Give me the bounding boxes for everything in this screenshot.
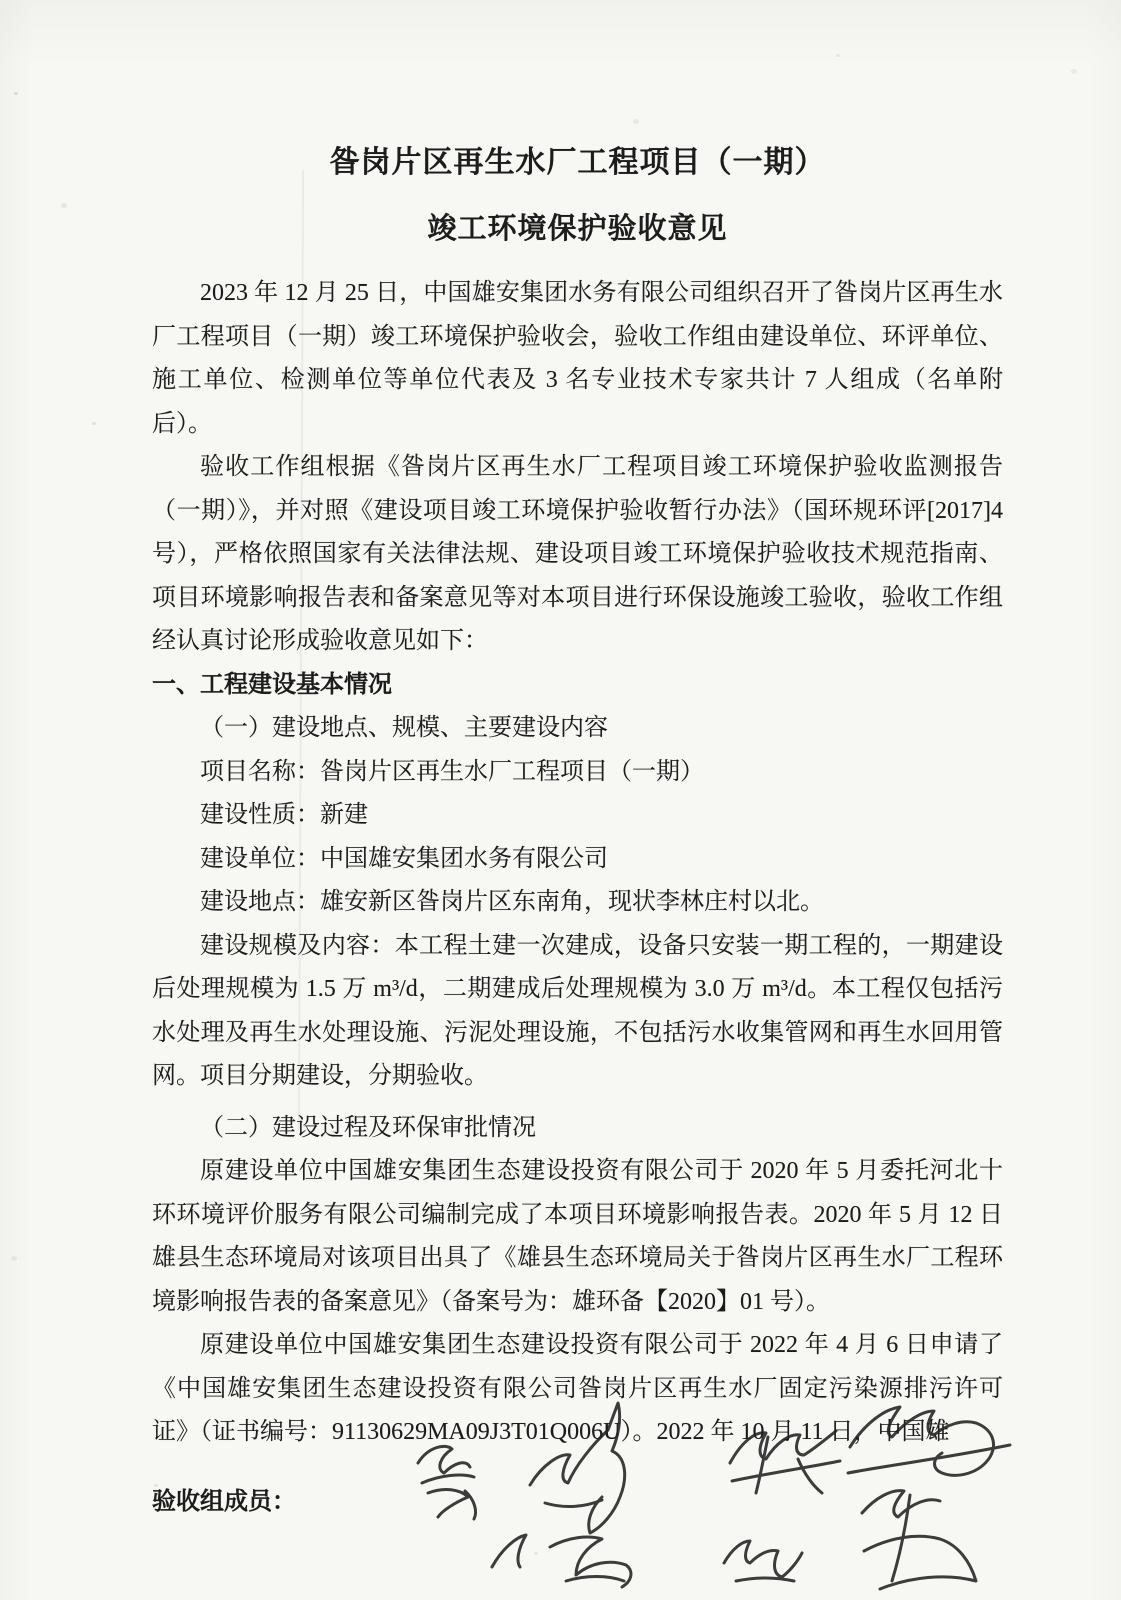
signature-2: [530, 1403, 625, 1533]
field-build-nature: 建设性质：新建: [152, 794, 1003, 838]
subsection-heading-1: （一）建设地点、规模、主要建设内容: [152, 707, 1003, 751]
section-heading-1: 一、工程建设基本情况: [152, 664, 1003, 708]
paragraph-basis: 验收工作组根据《昝岗片区再生水厂工程项目竣工环境保护验收监测报告（一期）》，并对…: [152, 446, 1003, 664]
paragraph-process-1: 原建设单位中国雄安集团生态建设投资有限公司于 2020 年 5 月委托河北十环环…: [152, 1150, 1003, 1324]
signature-5: [492, 1535, 631, 1587]
scan-noise-specks: [14, 92, 18, 95]
handwritten-signatures: [370, 1385, 1050, 1600]
paragraph-intro: 2023 年 12 月 25 日，中国雄安集团水务有限公司组织召开了昝岗片区再生…: [152, 272, 1003, 446]
signature-6: [724, 1541, 802, 1581]
field-build-unit: 建设单位：中国雄安集团水务有限公司: [152, 838, 1003, 882]
signature-1: [418, 1446, 476, 1519]
signature-4: [848, 1407, 1010, 1475]
document-title-line1: 昝岗片区再生水厂工程项目（一期）: [152, 138, 1003, 188]
field-build-location: 建设地点：雄安新区昝岗片区东南角，现状李林庄村以北。: [152, 881, 1003, 925]
signature-7: [862, 1491, 976, 1589]
subsection-heading-2: （二）建设过程及环保审批情况: [152, 1107, 1003, 1151]
paragraph-scale: 建设规模及内容：本工程土建一次建成，设备只安装一期工程的，一期建设后处理规模为 …: [152, 925, 1003, 1099]
document-text-block: 2023 年 12 月 25 日，中国雄安集团水务有限公司组织召开了昝岗片区再生…: [152, 272, 1003, 1524]
field-project-name: 项目名称：昝岗片区再生水厂工程项目（一期）: [152, 751, 1003, 795]
document-body: 昝岗片区再生水厂工程项目（一期） 竣工环境保护验收意见 2023 年 12 月 …: [152, 138, 1003, 1524]
signatures-svg: [370, 1385, 1050, 1600]
signature-3: [730, 1431, 840, 1493]
document-title-line2: 竣工环境保护验收意见: [152, 204, 1003, 254]
scanned-document-page: 昝岗片区再生水厂工程项目（一期） 竣工环境保护验收意见 2023 年 12 月 …: [0, 0, 1121, 1600]
